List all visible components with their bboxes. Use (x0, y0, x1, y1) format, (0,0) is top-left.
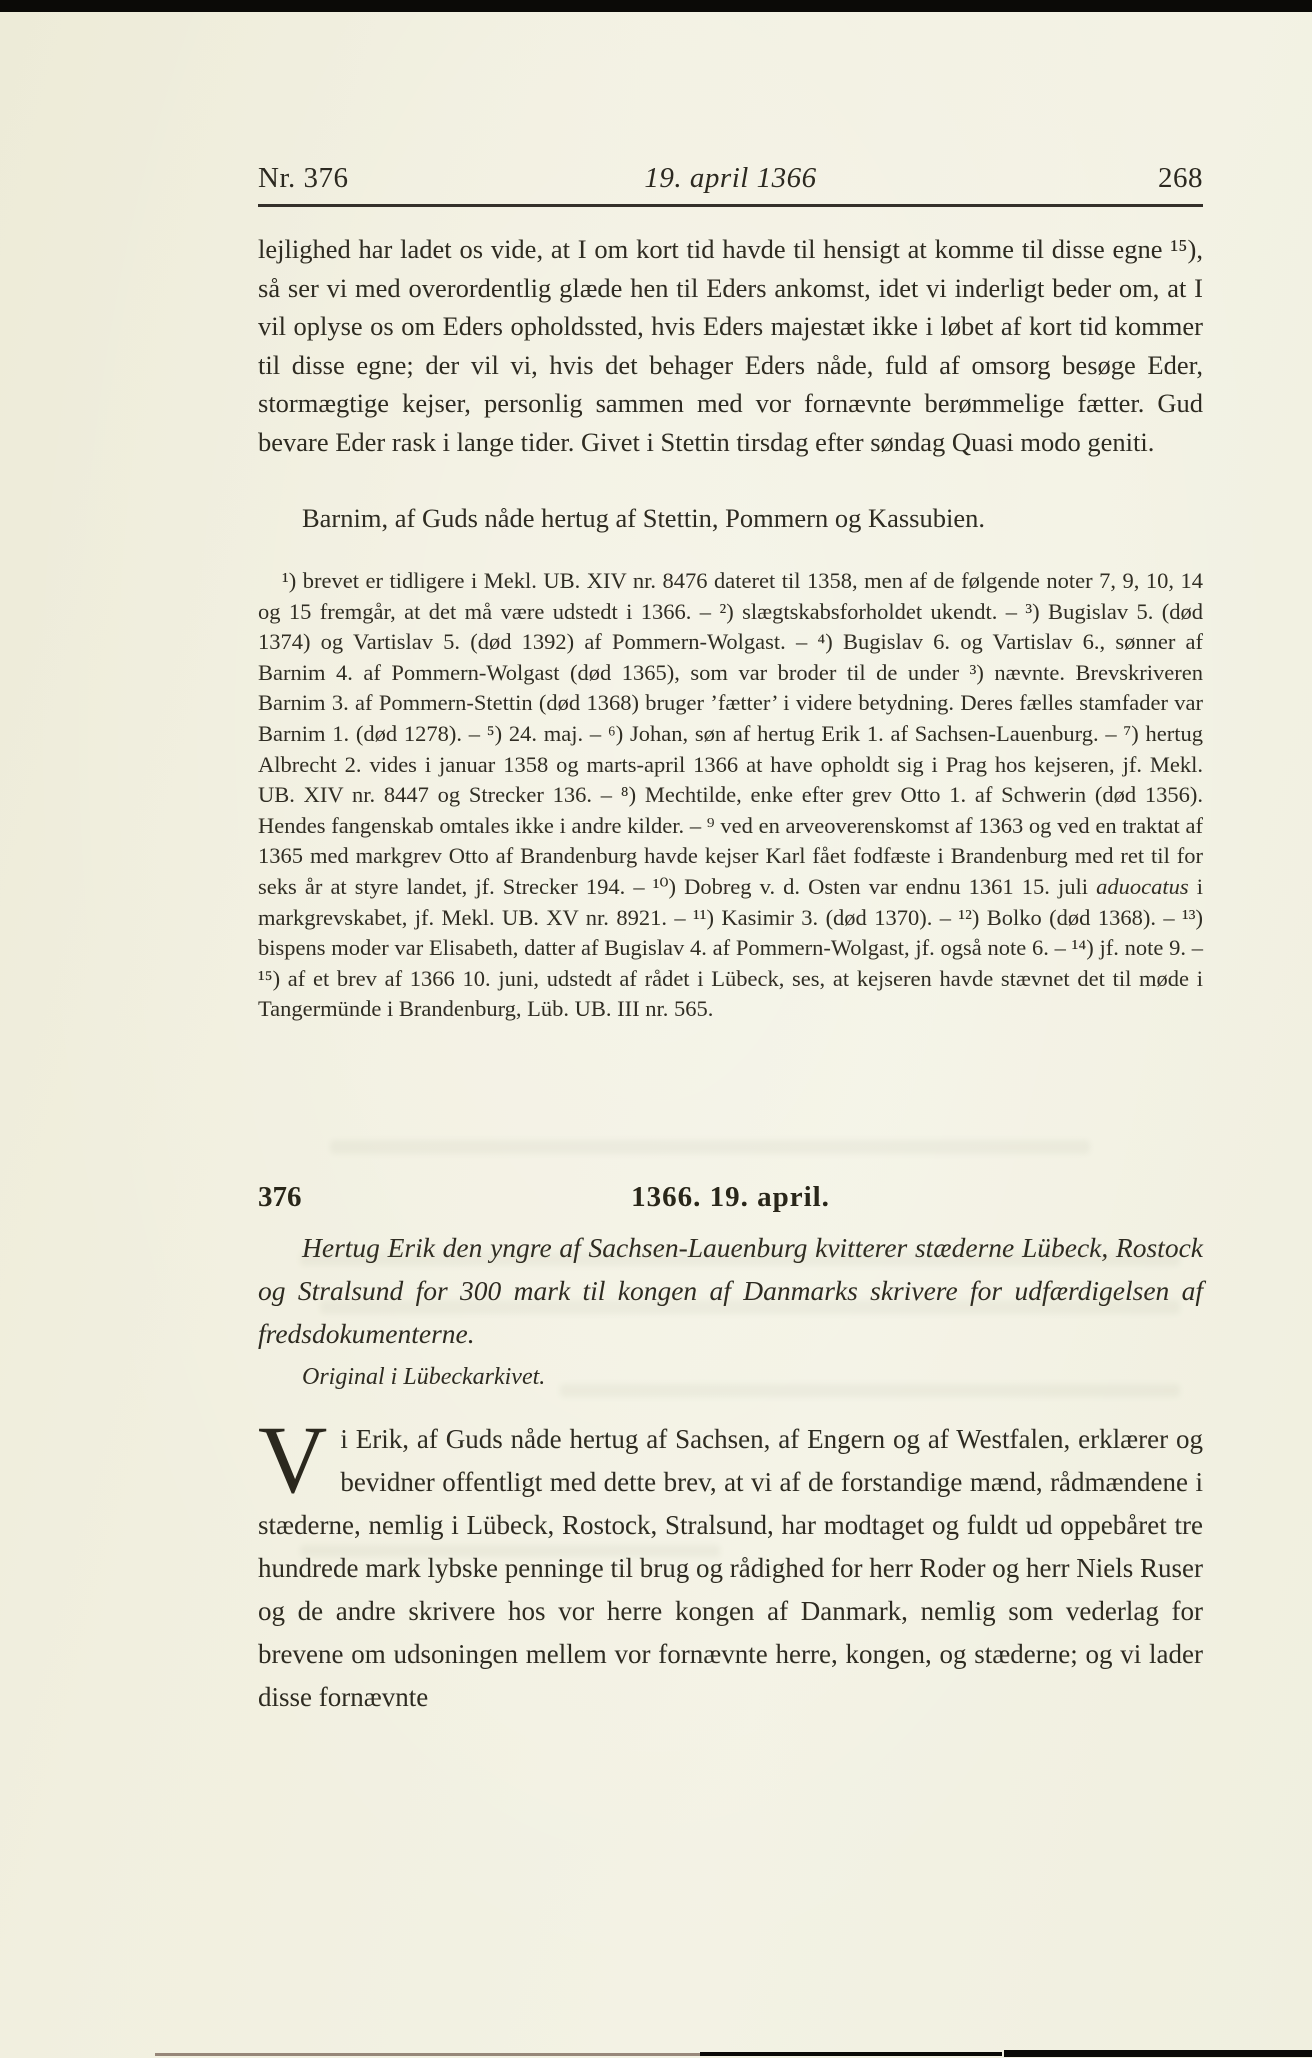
header-rule (258, 204, 1203, 207)
scan-edge-bottom-right (1004, 2050, 1312, 2057)
scan-edge-bottom-mid (700, 2052, 1002, 2056)
book-page-scan: Nr. 376 19. april 1366 268 lejlighed har… (0, 0, 1312, 2058)
document-date-heading: 1366. 19. april. (536, 1181, 925, 1214)
text-column: Nr. 376 19. april 1366 268 lejlighed har… (258, 0, 1203, 2058)
footnotes-block: ¹) brevet er tidligere i Mekl. UB. XIV n… (258, 566, 1203, 1025)
document-number: 376 (258, 1181, 536, 1214)
drop-cap-letter-v: V (258, 1418, 340, 1497)
running-head: Nr. 376 19. april 1366 268 (258, 162, 1203, 195)
scan-edge-bottom-faint (155, 2053, 703, 2056)
document-letter-body: Vi Erik, af Guds nåde hertug af Sachsen,… (258, 1418, 1203, 1719)
document-source-note: Original i Lübeckarkivet. (302, 1364, 1203, 1391)
continued-document-signature: Barnim, af Guds nåde hertug af Stettin, … (258, 499, 1203, 538)
running-head-date: 19. april 1366 (536, 162, 925, 195)
running-head-page-number: 268 (925, 162, 1203, 195)
letter-text: i Erik, af Guds nåde hertug af Sachsen, … (258, 1424, 1203, 1712)
continued-document-body: lejlighed har ladet os vide, at I om kor… (258, 230, 1203, 461)
running-head-document-ref: Nr. 376 (258, 162, 536, 195)
document-regest: Hertug Erik den yngre af Sachsen-Lauenbu… (258, 1226, 1203, 1355)
document-heading: 376 1366. 19. april. (258, 1181, 1203, 1214)
